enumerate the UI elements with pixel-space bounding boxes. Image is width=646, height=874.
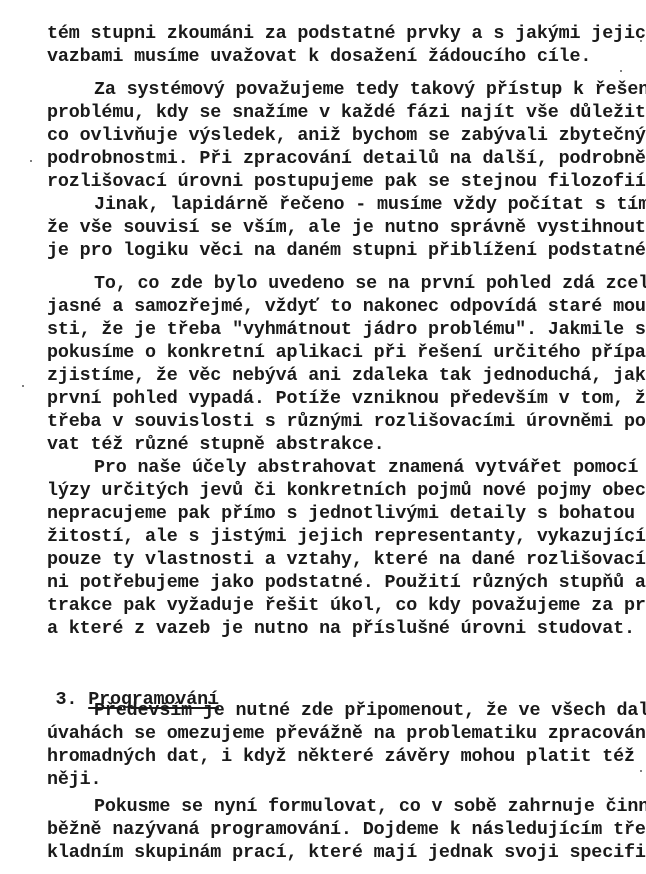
text-line: trakce pak vyžaduje řešit úkol, co kdy p…	[47, 596, 646, 616]
text-line: Pro naše účely abstrahovat znamená vytvá…	[94, 458, 646, 478]
typewritten-page: tém stupni zkoumáni za podstatné prvky a…	[0, 0, 646, 874]
text-line: hromadných dat, i když některé závěry mo…	[47, 747, 646, 767]
scan-speck	[620, 70, 622, 72]
text-line: lýzy určitých jevů či konkretních pojmů …	[47, 481, 646, 501]
text-line: žitostí, ale s jistými jejich representa…	[47, 527, 646, 547]
text-line: první pohled vypadá. Potíže vzniknou pře…	[47, 389, 646, 409]
text-line: rozlišovací úrovni postupujeme pak se st…	[47, 172, 646, 192]
text-line: běžně nazývaná programování. Dojdeme k n…	[47, 820, 646, 840]
text-line: Především je nutné zde připomenout, že v…	[94, 701, 646, 721]
text-line: sti, že je třeba "vyhmátnout jádro probl…	[47, 320, 646, 340]
scan-speck	[22, 385, 24, 387]
scan-speck	[628, 205, 630, 207]
text-line: podrobnostmi. Při zpracování detailů na …	[47, 149, 646, 169]
text-line: To, co zde bylo uvedeno se na první pohl…	[94, 274, 646, 294]
scan-speck	[636, 380, 638, 382]
text-line: a které z vazeb je nutno na příslušné úr…	[47, 619, 635, 639]
text-line: pokusíme o konkretní aplikaci při řešení…	[47, 343, 646, 363]
text-line: úvahách se omezujeme převážně na problem…	[47, 724, 646, 744]
text-line: třeba v souvislosti s různými rozlišovac…	[47, 412, 646, 432]
text-line: jasné a samozřejmé, vždyť to nakonec odp…	[47, 297, 646, 317]
text-line: ni potřebujeme jako podstatné. Použití r…	[47, 573, 646, 593]
text-line: Jinak, lapidárně řečeno - musíme vždy po…	[94, 195, 646, 215]
text-line: něji.	[47, 770, 101, 790]
text-line: problému, kdy se snažíme v každé fázi na…	[47, 103, 646, 123]
scan-speck	[640, 40, 642, 42]
text-line: zjistíme, že věc nebývá ani zdaleka tak …	[47, 366, 646, 386]
scan-speck	[30, 160, 32, 162]
text-line: vat též různé stupně abstrakce.	[47, 435, 384, 455]
text-line: je pro logiku věci na daném stupni přibl…	[47, 241, 646, 261]
scan-speck	[630, 540, 632, 542]
section-number: 3.	[56, 689, 78, 710]
text-line: Pokusme se nyní formulovat, co v sobě za…	[94, 797, 646, 817]
text-line: co ovlivňuje výsledek, aniž bychom se za…	[47, 126, 646, 146]
text-line: vazbami musíme uvažovat k dosažení žádou…	[47, 47, 591, 67]
text-line: Za systémový považujeme tedy takový přís…	[94, 80, 646, 100]
text-line: pouze ty vlastnosti a vztahy, které na d…	[47, 550, 646, 570]
text-line: nepracujeme pak přímo s jednotlivými det…	[47, 504, 646, 524]
text-line: kladním skupinám prací, které mají jedna…	[47, 843, 646, 863]
text-line: že vše souvisí se vším, ale je nutno spr…	[47, 218, 646, 238]
scan-speck	[640, 770, 642, 772]
text-line: tém stupni zkoumáni za podstatné prvky a…	[47, 24, 646, 44]
